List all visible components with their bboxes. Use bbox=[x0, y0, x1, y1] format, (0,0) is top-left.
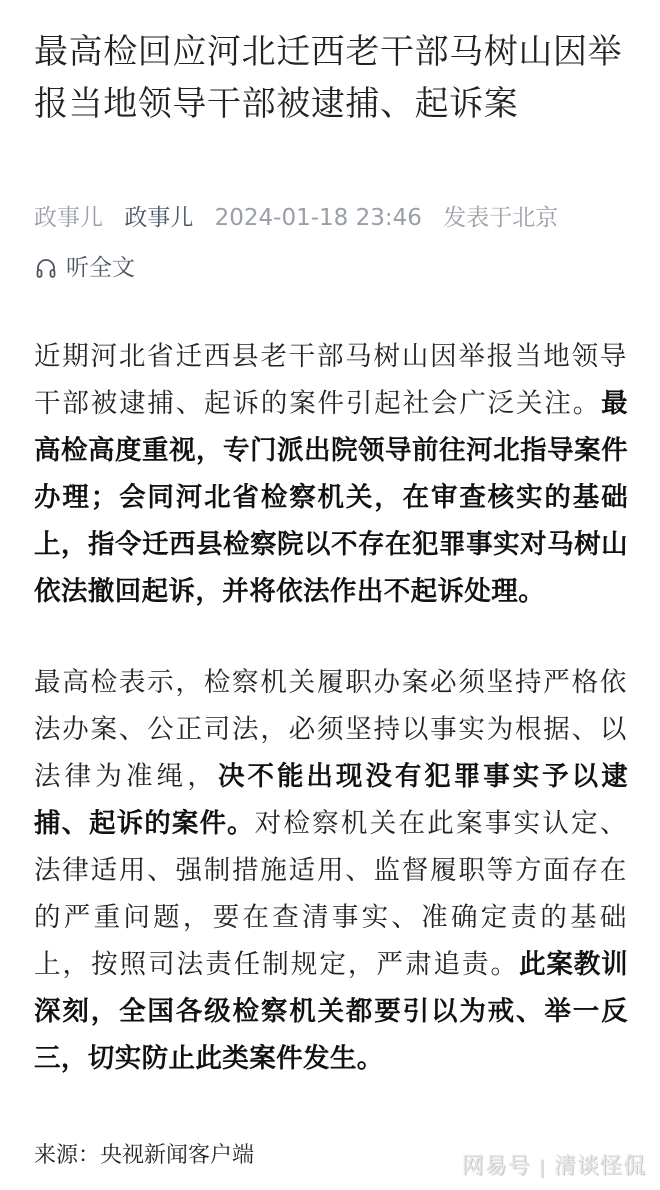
article-meta: 政事儿 政事儿 2024-01-18 23:46 发表于北京 bbox=[34, 202, 572, 234]
article-body: 近期河北省迁西县老干部马树山因举报当地领导干部被逮捕、起诉的案件引起社会广泛关注… bbox=[34, 333, 628, 1082]
watermark-platform: 网易号 bbox=[462, 1154, 531, 1179]
paragraph-1-bold-text: 最高检高度重视，专门派出院领导前往河北指导案件办理；会同河北省检察机关，在审查核… bbox=[34, 388, 628, 607]
publish-datetime: 2024-01-18 23:46 bbox=[215, 205, 422, 231]
watermark-account: 清谈怪侃 bbox=[554, 1154, 646, 1179]
listen-full-text-button[interactable]: 听全文 bbox=[34, 252, 135, 284]
paragraph-1-text: 近期河北省迁西县老干部马树山因举报当地领导干部被逮捕、起诉的案件引起社会广泛关注… bbox=[34, 341, 628, 419]
paragraph-1: 近期河北省迁西县老干部马树山因举报当地领导干部被逮捕、起诉的案件引起社会广泛关注… bbox=[34, 333, 628, 615]
publish-location: 发表于北京 bbox=[443, 205, 558, 231]
article-title: 最高检回应河北迁西老干部马树山因举报当地领导干部被逮捕、起诉案 bbox=[34, 26, 634, 130]
listen-label: 听全文 bbox=[66, 252, 135, 284]
headphones-icon bbox=[34, 256, 58, 280]
article-source: 来源：央视新闻客户端 bbox=[34, 1140, 254, 1172]
watermark-separator: | bbox=[539, 1157, 546, 1178]
paragraph-2: 最高检表示，检察机关履职办案必须坚持严格依法办案、公正司法，必须坚持以事实为根据… bbox=[34, 659, 628, 1082]
author-link[interactable]: 政事儿 bbox=[124, 205, 193, 231]
watermark: 网易号|清谈怪侃 bbox=[462, 1152, 646, 1183]
account-name[interactable]: 政事儿 bbox=[34, 205, 103, 231]
